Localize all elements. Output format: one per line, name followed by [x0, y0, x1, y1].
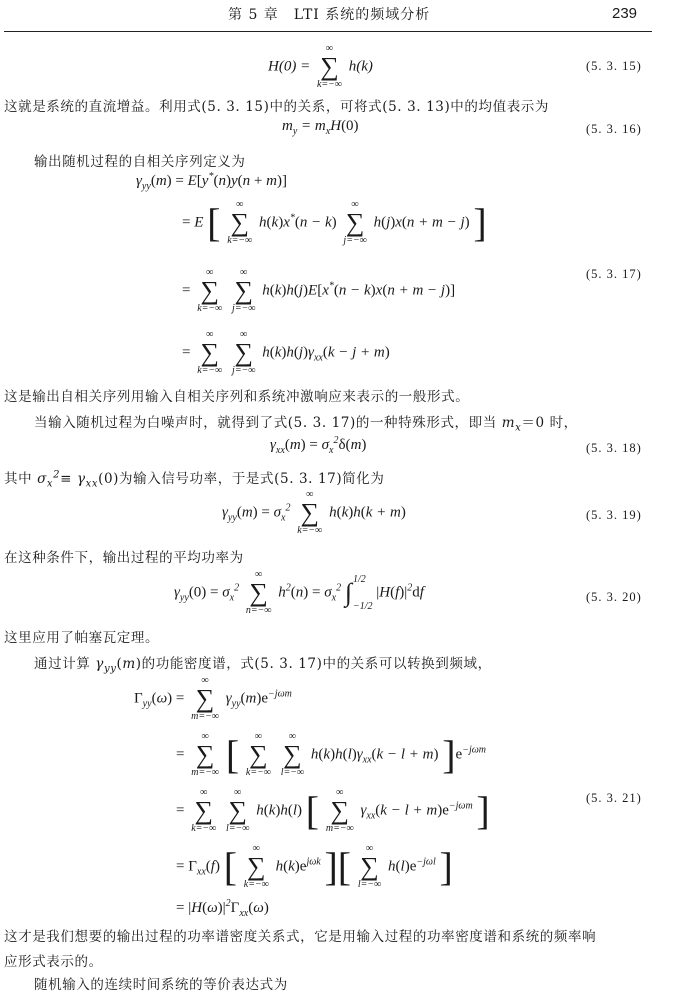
- equation-5-3-17-line1: γyy(m) = E[y*(n)y(n + m)]: [136, 173, 287, 190]
- paragraph: 应形式表示的。: [4, 950, 103, 970]
- paragraph: 这就是系统的直流增益。利用式(5. 3. 15)中的关系，可将式(5. 3. 1…: [4, 95, 549, 115]
- paragraph: 随机输入的连续时间系统的等价表达式为: [34, 973, 288, 993]
- paragraph: 其中 σx2≡ γxx(0)为输入信号功率，于是式(5. 3. 17)简化为: [4, 467, 385, 487]
- equation-number: (5. 3. 19): [586, 508, 642, 523]
- equation-5-3-21-line5: = |H(ω)|2Γxx(ω): [176, 900, 269, 917]
- equation-5-3-17-line4: = ∞∑k=−∞ ∞∑j=−∞ h(k)h(j)γxx(k − j + m): [182, 330, 390, 376]
- equation-5-3-21-line4: = Γxx(f) [ ∞∑k=−∞ h(k)ejωk ][ ∞∑l=−∞ h(l…: [176, 844, 453, 890]
- paragraph: 这是输出自相关序列用输入自相关序列和系统冲激响应来表示的一般形式。: [4, 385, 469, 405]
- equation-5-3-21-line2: = ∞∑m=−∞ [ ∞∑k=−∞ ∞∑l=−∞ h(k)h(l)γxx(k −…: [176, 732, 486, 778]
- equation-number: (5. 3. 17): [586, 267, 642, 282]
- paragraph: 在这种条件下，输出过程的平均功率为: [4, 546, 244, 566]
- paragraph: 这里应用了帕塞瓦定理。: [4, 626, 159, 646]
- running-title: 第 5 章 LTI 系统的频域分析: [228, 4, 430, 24]
- equation-5-3-16: my = mxH(0): [282, 118, 359, 135]
- equation-number: (5. 3. 20): [586, 590, 642, 605]
- equation-number: (5. 3. 18): [586, 441, 642, 456]
- paragraph: 输出随机过程的自相关序列定义为: [34, 150, 246, 170]
- equation-number: (5. 3. 15): [586, 59, 642, 74]
- eq-lhs: H(0) =: [268, 58, 310, 74]
- equation-5-3-17-line3: = ∞∑k=−∞ ∞∑j=−∞ h(k)h(j)E[x*(n − k)x(n +…: [182, 268, 455, 314]
- equation-5-3-21-line1: Γyy(ω) = ∞∑m=−∞ γyy(m)e−jωm: [134, 676, 292, 722]
- equation-number: (5. 3. 16): [586, 122, 642, 137]
- paragraph: 这才是我们想要的输出过程的功率谱密度关系式，它是用输入过程的功率密度谱和系统的频…: [4, 925, 596, 945]
- paragraph: 通过计算 γyy(m)的功能密度谱，式(5. 3. 17)中的关系可以转换到频域…: [34, 652, 492, 672]
- equation-5-3-21-line3: = ∞∑k=−∞ ∞∑l=−∞ h(k)h(l) [ ∞∑m=−∞ γxx(k …: [176, 788, 490, 834]
- equation-5-3-20: γyy(0) = σx2 ∞∑n=−∞ h2(n) = σx2 ∫1/2−1/2…: [174, 570, 424, 616]
- header-rule: [4, 31, 652, 32]
- equation-5-3-19: γyy(m) = σx2 ∞∑k=−∞ h(k)h(k + m): [222, 490, 406, 536]
- equation-5-3-15: H(0) = ∞∑k=−∞ h(k): [268, 44, 373, 90]
- summation-symbol: ∞∑k=−∞: [317, 44, 342, 90]
- eq-rhs: h(k): [349, 58, 373, 74]
- equation-5-3-18: γxx(m) = σx2δ(m): [270, 437, 366, 454]
- equation-5-3-17-line2: = E [ ∞∑k=−∞ h(k)x*(n − k) ∞∑j=−∞ h(j)x(…: [182, 200, 487, 246]
- equation-number: (5. 3. 21): [586, 791, 642, 806]
- page-number: 239: [612, 5, 637, 22]
- paragraph: 当输入随机过程为白噪声时，就得到了式(5. 3. 17)的一种特殊形式，即当 m…: [34, 411, 578, 431]
